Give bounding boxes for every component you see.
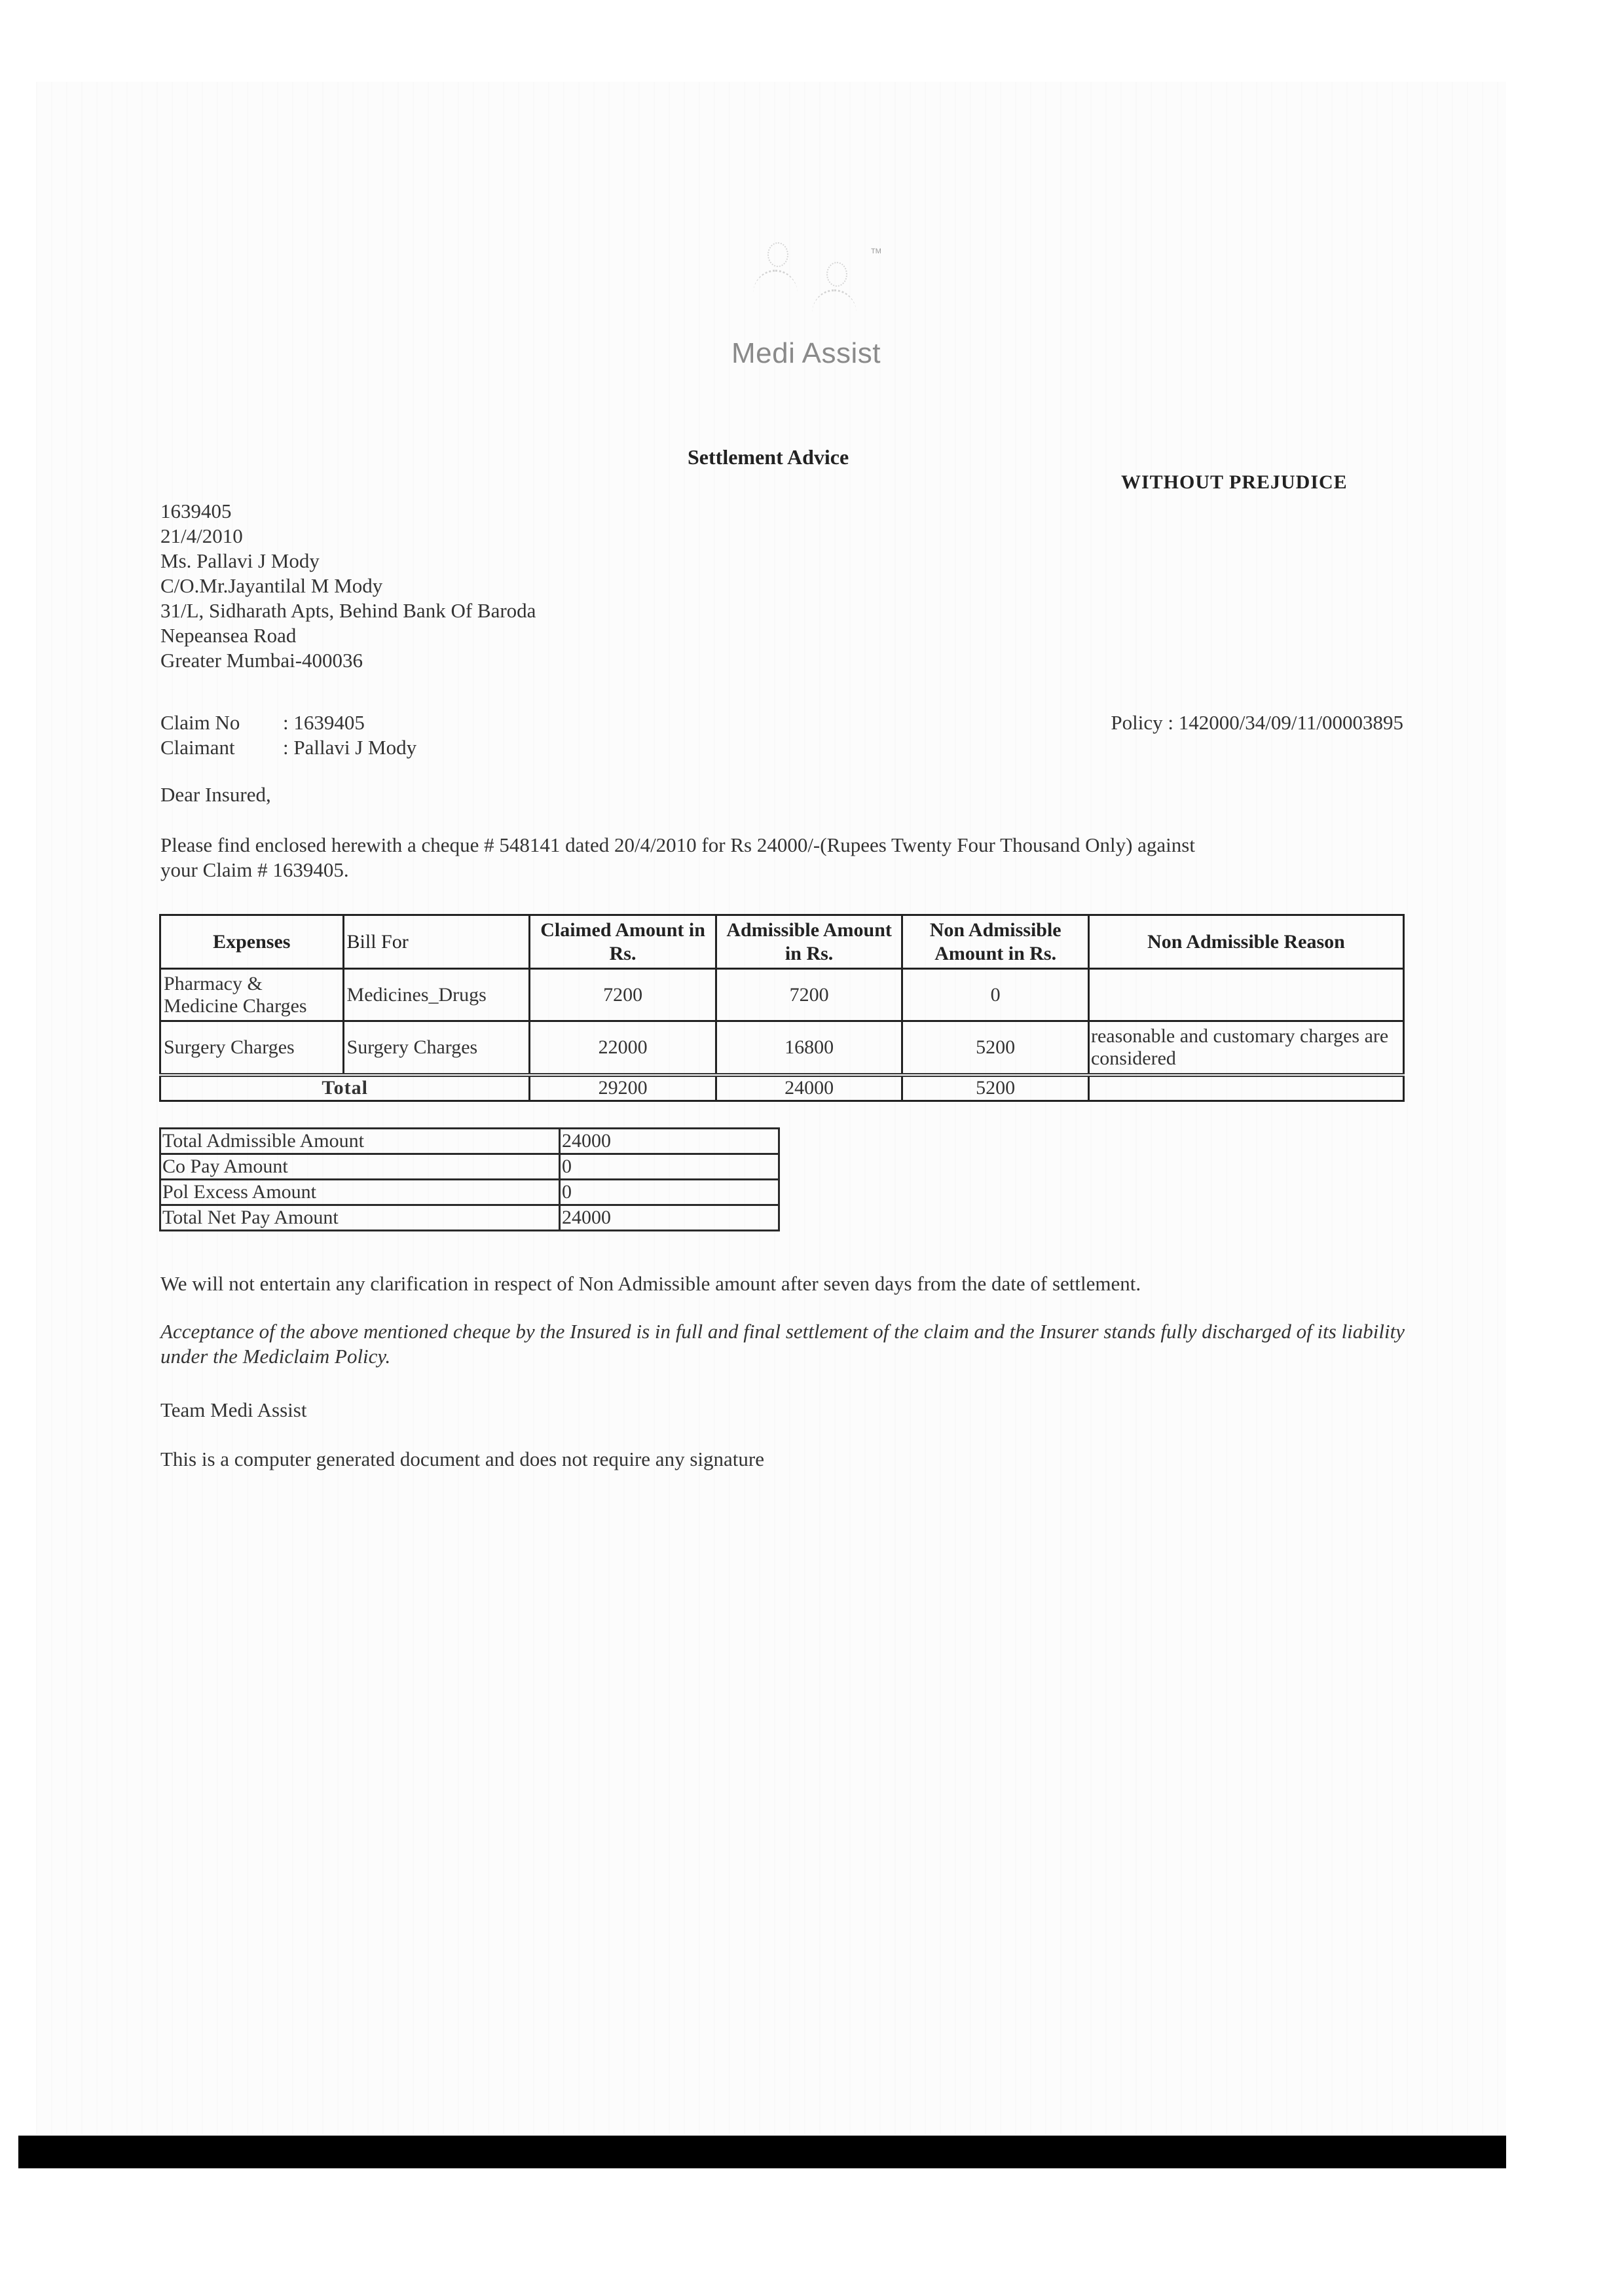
- header-bill-for: Bill For: [343, 915, 530, 969]
- cell-reason: reasonable and customary charges are con…: [1088, 1021, 1403, 1075]
- summary-row: Co Pay Amount 0: [160, 1154, 779, 1180]
- header-expenses: Expenses: [160, 915, 344, 969]
- table-total-row: Total 29200 24000 5200: [160, 1075, 1404, 1101]
- summary-row: Total Admissible Amount 24000: [160, 1129, 779, 1154]
- cell-reason: [1088, 969, 1403, 1021]
- table-row: Pharmacy & Medicine Charges Medicines_Dr…: [160, 969, 1404, 1021]
- document-title: Settlement Advice: [688, 445, 849, 469]
- brand-name: Medi Assist: [731, 337, 881, 370]
- summary-value: 24000: [560, 1129, 779, 1154]
- cell-admissible: 16800: [716, 1021, 902, 1075]
- cell-expenses: Surgery Charges: [160, 1021, 344, 1075]
- summary-value: 0: [560, 1180, 779, 1205]
- header-non-admissible-reason: Non Admissible Reason: [1088, 915, 1403, 969]
- computer-generated-disclaimer: This is a computer generated document an…: [160, 1447, 764, 1472]
- cell-non-admissible: 0: [902, 969, 1089, 1021]
- trademark-mark: TM: [871, 247, 881, 255]
- expenses-table: Expenses Bill For Claimed Amount in Rs. …: [159, 914, 1405, 1102]
- body-line-2: your Claim # 1639405.: [160, 858, 349, 883]
- table-header-row: Expenses Bill For Claimed Amount in Rs. …: [160, 915, 1404, 969]
- cell-admissible: 7200: [716, 969, 902, 1021]
- claim-no-label: Claim No: [160, 710, 240, 735]
- non-admissible-notice: We will not entertain any clarification …: [160, 1271, 1141, 1296]
- address-line-2: Nepeansea Road: [160, 623, 536, 648]
- summary-row: Total Net Pay Amount 24000: [160, 1205, 779, 1231]
- reference-number: 1639405: [160, 499, 536, 524]
- signoff: Team Medi Assist: [160, 1398, 306, 1423]
- summary-label: Total Admissible Amount: [160, 1129, 560, 1154]
- body-line-1: Please find enclosed herewith a cheque #…: [160, 833, 1195, 858]
- addressee-name: Ms. Pallavi J Mody: [160, 549, 536, 574]
- claimant-value: : Pallavi J Mody: [283, 735, 416, 760]
- total-claimed: 29200: [530, 1075, 716, 1101]
- summary-row: Pol Excess Amount 0: [160, 1180, 779, 1205]
- summary-label: Total Net Pay Amount: [160, 1205, 560, 1231]
- payment-summary-table: Total Admissible Amount 24000 Co Pay Amo…: [159, 1127, 780, 1231]
- header-admissible-amount: Admissible Amount in Rs.: [716, 915, 902, 969]
- cell-non-admissible: 5200: [902, 1021, 1089, 1075]
- header-claimed-amount: Claimed Amount in Rs.: [530, 915, 716, 969]
- logo-figure-left-icon: [753, 242, 799, 314]
- summary-label: Pol Excess Amount: [160, 1180, 560, 1205]
- cell-bill-for: Medicines_Drugs: [343, 969, 530, 1021]
- header-non-admissible-amount: Non Admissible Amount in Rs.: [902, 915, 1089, 969]
- total-non-admissible: 5200: [902, 1075, 1089, 1101]
- without-prejudice-stamp: WITHOUT PREJUDICE: [1121, 471, 1348, 494]
- total-label: Total: [160, 1075, 530, 1101]
- scan-black-bar: [18, 2136, 1506, 2168]
- summary-value: 24000: [560, 1205, 779, 1231]
- address-city: Greater Mumbai-400036: [160, 648, 536, 673]
- total-reason: [1088, 1075, 1403, 1101]
- address-line-1: 31/L, Sidharath Apts, Behind Bank Of Bar…: [160, 598, 536, 623]
- cell-claimed: 22000: [530, 1021, 716, 1075]
- total-admissible: 24000: [716, 1075, 902, 1101]
- scanned-page: [36, 82, 1506, 2134]
- claim-no-value: : 1639405: [283, 710, 365, 735]
- cell-claimed: 7200: [530, 969, 716, 1021]
- table-row: Surgery Charges Surgery Charges 22000 16…: [160, 1021, 1404, 1075]
- salutation: Dear Insured,: [160, 782, 271, 807]
- summary-label: Co Pay Amount: [160, 1154, 560, 1180]
- claimant-label: Claimant: [160, 735, 235, 760]
- addressee-block: 1639405 21/4/2010 Ms. Pallavi J Mody C/O…: [160, 499, 536, 673]
- care-of: C/O.Mr.Jayantilal M Mody: [160, 574, 536, 598]
- acceptance-statement: Acceptance of the above mentioned cheque…: [160, 1319, 1405, 1369]
- cell-expenses: Pharmacy & Medicine Charges: [160, 969, 344, 1021]
- summary-value: 0: [560, 1154, 779, 1180]
- letter-date: 21/4/2010: [160, 524, 536, 549]
- cell-bill-for: Surgery Charges: [343, 1021, 530, 1075]
- policy-number: Policy : 142000/34/09/11/00003895: [1111, 710, 1403, 735]
- logo-figure-right-icon: [812, 262, 858, 334]
